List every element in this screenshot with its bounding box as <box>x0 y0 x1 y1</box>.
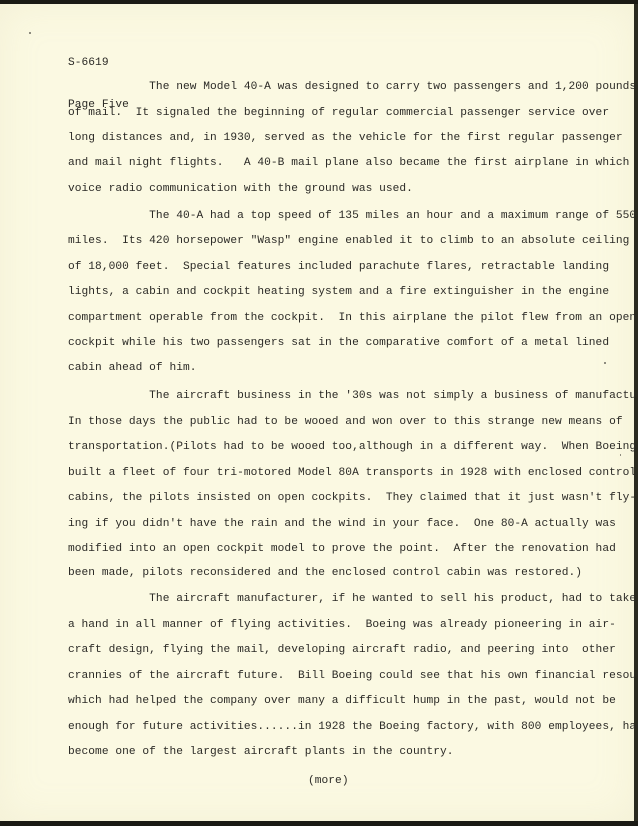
paper-speck <box>620 454 621 456</box>
paragraph-1-line-2: of mail. It signaled the beginning of re… <box>68 106 609 120</box>
paragraph-3-line-2: In those days the public had to be wooed… <box>68 415 623 429</box>
paragraph-4-line-2: a hand in all manner of flying activitie… <box>68 618 616 632</box>
paragraph-4-line-1: The aircraft manufacturer, if he wanted … <box>68 592 636 606</box>
paragraph-1-line-1: The new Model 40-A was designed to carry… <box>68 80 636 94</box>
paragraph-3-line-1: The aircraft business in the '30s was no… <box>68 389 638 403</box>
paragraph-1-line-5: voice radio communication with the groun… <box>68 182 413 196</box>
paragraph-3-line-5: cabins, the pilots insisted on open cock… <box>68 491 636 505</box>
document-id: S-6619 <box>68 56 129 70</box>
paragraph-4-line-3: craft design, flying the mail, developin… <box>68 643 616 657</box>
paragraph-4-line-4: crannies of the aircraft future. Bill Bo… <box>68 669 638 683</box>
paragraph-2-line-2: miles. Its 420 horsepower "Wasp" engine … <box>68 234 629 248</box>
continuation-marker: (more) <box>308 775 349 787</box>
document-body: The new Model 40-A was designed to carry… <box>68 74 95 506</box>
paragraph-1-line-4: and mail night flights. A 40-B mail plan… <box>68 156 629 170</box>
paragraph-2-line-6: cockpit while his two passengers sat in … <box>68 336 609 350</box>
paragraph-2-line-3: of 18,000 feet. Special features include… <box>68 260 609 274</box>
paragraph-3-line-4: built a fleet of four tri-motored Model … <box>68 466 636 480</box>
paragraph-4-line-6: enough for future activities......in 192… <box>68 720 638 734</box>
paragraph-4-line-7: become one of the largest aircraft plant… <box>68 745 454 759</box>
paragraph-3-line-3: transportation.(Pilots had to be wooed t… <box>68 440 636 454</box>
paragraph-2-line-7: cabin ahead of him. <box>68 361 197 375</box>
paragraph-3-line-6: ing if you didn't have the rain and the … <box>68 517 616 531</box>
paper-speck <box>604 362 606 364</box>
paragraph-4-line-5: which had helped the company over many a… <box>68 694 616 708</box>
paragraph-3-line-8: been made, pilots reconsidered and the e… <box>68 566 582 580</box>
paragraph-1-line-3: long distances and, in 1930, served as t… <box>68 131 623 145</box>
paragraph-2-line-1: The 40-A had a top speed of 135 miles an… <box>68 209 636 223</box>
paper-speck <box>29 32 31 34</box>
paragraph-2-line-5: compartment operable from the cockpit. I… <box>68 311 636 325</box>
paragraph-3-line-7: modified into an open cockpit model to p… <box>68 542 616 556</box>
paragraph-2-line-4: lights, a cabin and cockpit heating syst… <box>68 285 609 299</box>
document-page: S-6619 Page Five The new Model 40-A was … <box>0 4 638 821</box>
